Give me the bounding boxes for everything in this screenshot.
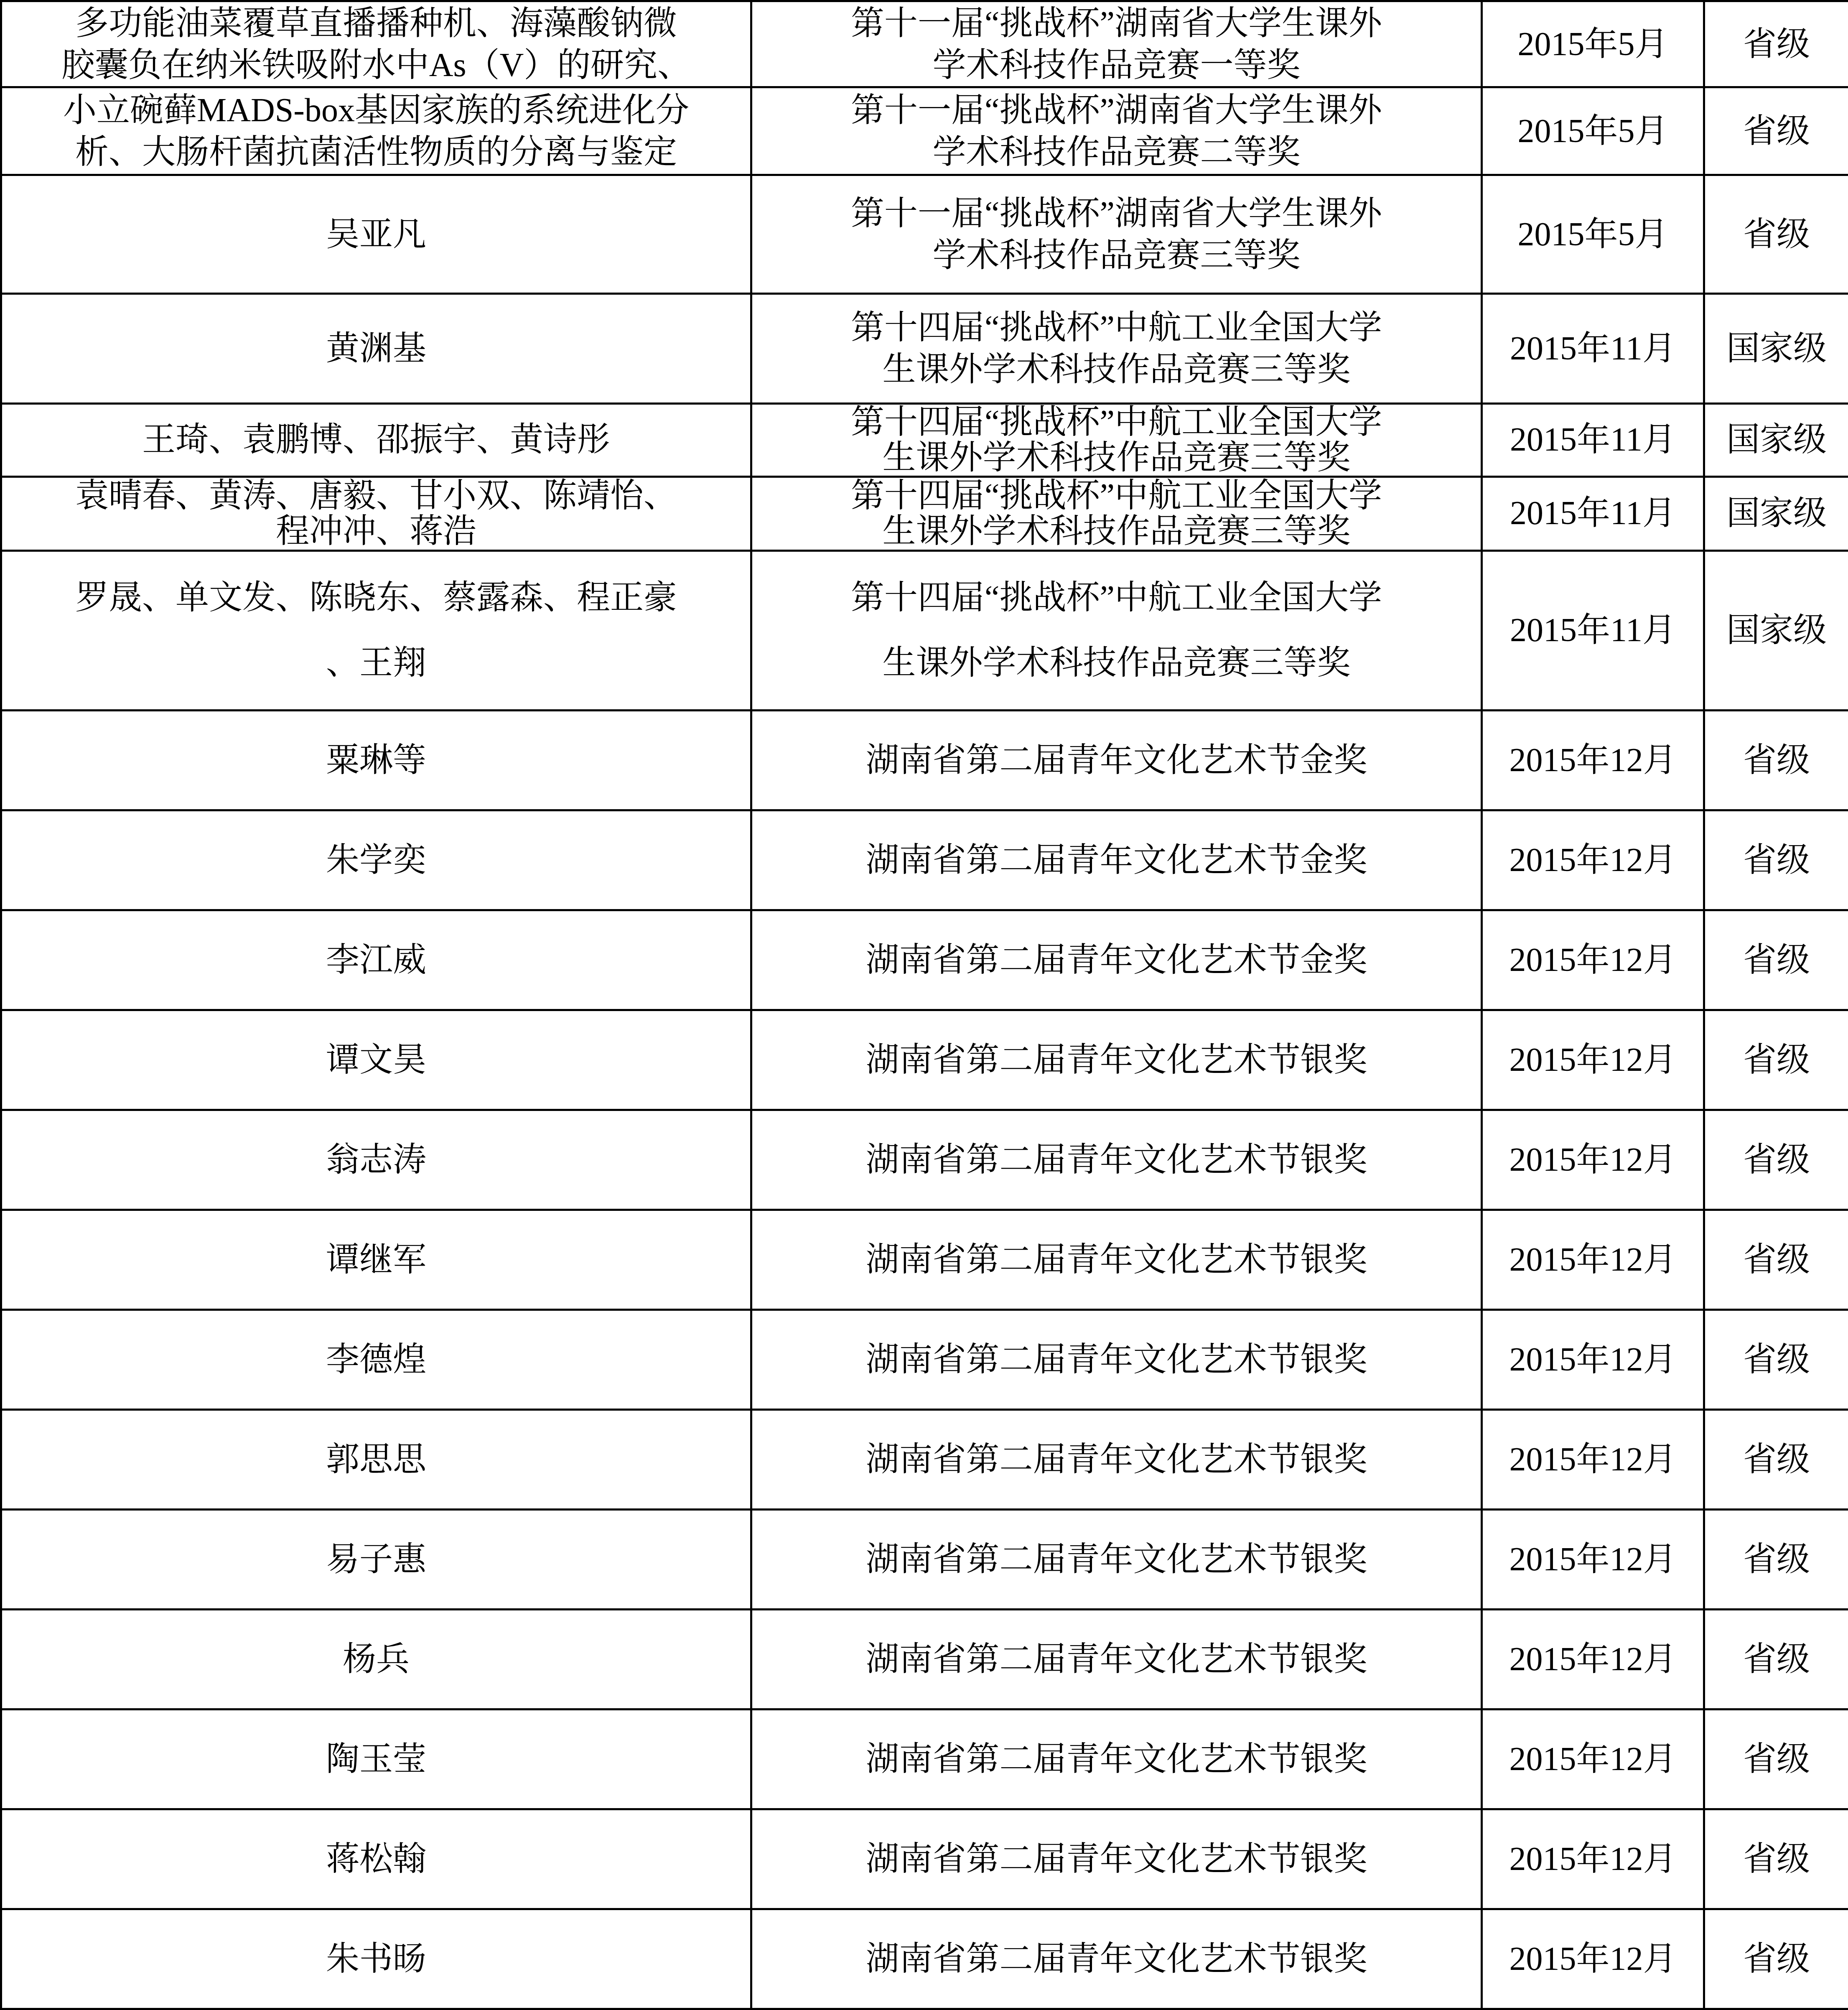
- level-cell: 省级: [1704, 1409, 1848, 1509]
- table-row: 谭文昊 湖南省第二届青年文化艺术节银奖 2015年12月 省级: [1, 1010, 1848, 1110]
- table-row: 易子惠 湖南省第二届青年文化艺术节银奖 2015年12月 省级: [1, 1509, 1848, 1609]
- award-cell: 第十一届“挑战杯”湖南省大学生课外 学术科技作品竞赛三等奖: [751, 175, 1482, 294]
- table-row: 谭继军 湖南省第二届青年文化艺术节银奖 2015年12月 省级: [1, 1210, 1848, 1309]
- table-row: 黄渊基 第十四届“挑战杯”中航工业全国大学 生课外学术科技作品竞赛三等奖 201…: [1, 294, 1848, 404]
- level-cell: 国家级: [1704, 476, 1848, 550]
- recipient-cell: 朱书旸: [1, 1909, 751, 2009]
- award-cell: 湖南省第二届青年文化艺术节银奖: [751, 1509, 1482, 1609]
- table-row: 吴亚凡 第十一届“挑战杯”湖南省大学生课外 学术科技作品竞赛三等奖 2015年5…: [1, 175, 1848, 294]
- table-row: 李江威 湖南省第二届青年文化艺术节金奖 2015年12月 省级: [1, 910, 1848, 1010]
- table-row: 朱学奕 湖南省第二届青年文化艺术节金奖 2015年12月 省级: [1, 810, 1848, 910]
- date-cell: 2015年12月: [1482, 1409, 1704, 1509]
- recipient-cell: 罗晟、单文发、陈晓东、蔡露森、程正豪 、王翔: [1, 550, 751, 710]
- date-cell: 2015年12月: [1482, 1010, 1704, 1110]
- recipient-cell: 李江威: [1, 910, 751, 1010]
- recipient-cell: 粟琳等: [1, 710, 751, 810]
- level-cell: 省级: [1704, 175, 1848, 294]
- level-cell: 省级: [1704, 1809, 1848, 1909]
- table-row: 罗晟、单文发、陈晓东、蔡露森、程正豪 、王翔 第十四届“挑战杯”中航工业全国大学…: [1, 550, 1848, 710]
- award-cell: 湖南省第二届青年文化艺术节金奖: [751, 710, 1482, 810]
- award-cell: 湖南省第二届青年文化艺术节银奖: [751, 1309, 1482, 1409]
- level-cell: 省级: [1704, 1110, 1848, 1210]
- award-cell: 湖南省第二届青年文化艺术节金奖: [751, 810, 1482, 910]
- date-cell: 2015年12月: [1482, 1709, 1704, 1809]
- level-cell: 省级: [1704, 1010, 1848, 1110]
- level-cell: 省级: [1704, 1309, 1848, 1409]
- table-row: 粟琳等 湖南省第二届青年文化艺术节金奖 2015年12月 省级: [1, 710, 1848, 810]
- recipient-cell: 李德煌: [1, 1309, 751, 1409]
- recipient-cell: 朱学奕: [1, 810, 751, 910]
- recipient-cell: 谭文昊: [1, 1010, 751, 1110]
- award-cell: 湖南省第二届青年文化艺术节银奖: [751, 1709, 1482, 1809]
- level-cell: 省级: [1704, 1509, 1848, 1609]
- table-row: 陶玉莹 湖南省第二届青年文化艺术节银奖 2015年12月 省级: [1, 1709, 1848, 1809]
- level-cell: 省级: [1704, 1, 1848, 87]
- table-row: 袁晴春、黄涛、唐毅、甘小双、陈靖怡、 程冲冲、蒋浩 第十四届“挑战杯”中航工业全…: [1, 476, 1848, 550]
- date-cell: 2015年12月: [1482, 910, 1704, 1010]
- table-body: 多功能油菜覆草直播播种机、海藻酸钠微 胶囊负在纳米铁吸附水中As（V）的研究、 …: [1, 1, 1848, 2009]
- table-row: 朱书旸 湖南省第二届青年文化艺术节银奖 2015年12月 省级: [1, 1909, 1848, 2009]
- date-cell: 2015年12月: [1482, 810, 1704, 910]
- award-cell: 湖南省第二届青年文化艺术节金奖: [751, 910, 1482, 1010]
- level-cell: 省级: [1704, 810, 1848, 910]
- date-cell: 2015年11月: [1482, 550, 1704, 710]
- award-cell: 湖南省第二届青年文化艺术节银奖: [751, 1409, 1482, 1509]
- recipient-cell: 郭思思: [1, 1409, 751, 1509]
- recipient-cell: 袁晴春、黄涛、唐毅、甘小双、陈靖怡、 程冲冲、蒋浩: [1, 476, 751, 550]
- award-cell: 湖南省第二届青年文化艺术节银奖: [751, 1609, 1482, 1709]
- level-cell: 省级: [1704, 1709, 1848, 1809]
- award-cell: 第十四届“挑战杯”中航工业全国大学 生课外学术科技作品竞赛三等奖: [751, 550, 1482, 710]
- date-cell: 2015年11月: [1482, 294, 1704, 404]
- date-cell: 2015年5月: [1482, 87, 1704, 175]
- date-cell: 2015年11月: [1482, 404, 1704, 477]
- date-cell: 2015年5月: [1482, 1, 1704, 87]
- recipient-cell: 王琦、袁鹏博、邵振宇、黄诗彤: [1, 404, 751, 477]
- award-cell: 湖南省第二届青年文化艺术节银奖: [751, 1809, 1482, 1909]
- recipient-cell: 翁志涛: [1, 1110, 751, 1210]
- date-cell: 2015年11月: [1482, 476, 1704, 550]
- table-row: 翁志涛 湖南省第二届青年文化艺术节银奖 2015年12月 省级: [1, 1110, 1848, 1210]
- level-cell: 省级: [1704, 1210, 1848, 1309]
- table-row: 李德煌 湖南省第二届青年文化艺术节银奖 2015年12月 省级: [1, 1309, 1848, 1409]
- award-cell: 第十四届“挑战杯”中航工业全国大学 生课外学术科技作品竞赛三等奖: [751, 294, 1482, 404]
- recipient-cell: 黄渊基: [1, 294, 751, 404]
- level-cell: 国家级: [1704, 404, 1848, 477]
- recipient-cell: 吴亚凡: [1, 175, 751, 294]
- date-cell: 2015年12月: [1482, 1909, 1704, 2009]
- recipient-cell: 陶玉莹: [1, 1709, 751, 1809]
- awards-table: 多功能油菜覆草直播播种机、海藻酸钠微 胶囊负在纳米铁吸附水中As（V）的研究、 …: [0, 0, 1848, 2010]
- award-cell: 湖南省第二届青年文化艺术节银奖: [751, 1110, 1482, 1210]
- date-cell: 2015年12月: [1482, 710, 1704, 810]
- level-cell: 国家级: [1704, 550, 1848, 710]
- award-cell: 湖南省第二届青年文化艺术节银奖: [751, 1909, 1482, 2009]
- level-cell: 省级: [1704, 1909, 1848, 2009]
- table-row: 杨兵 湖南省第二届青年文化艺术节银奖 2015年12月 省级: [1, 1609, 1848, 1709]
- award-cell: 第十四届“挑战杯”中航工业全国大学 生课外学术科技作品竞赛三等奖: [751, 476, 1482, 550]
- date-cell: 2015年12月: [1482, 1110, 1704, 1210]
- table-row: 王琦、袁鹏博、邵振宇、黄诗彤 第十四届“挑战杯”中航工业全国大学 生课外学术科技…: [1, 404, 1848, 477]
- level-cell: 省级: [1704, 87, 1848, 175]
- date-cell: 2015年12月: [1482, 1609, 1704, 1709]
- level-cell: 省级: [1704, 910, 1848, 1010]
- level-cell: 国家级: [1704, 294, 1848, 404]
- date-cell: 2015年12月: [1482, 1809, 1704, 1909]
- level-cell: 省级: [1704, 710, 1848, 810]
- table-row: 蒋松翰 湖南省第二届青年文化艺术节银奖 2015年12月 省级: [1, 1809, 1848, 1909]
- table-row: 小立碗藓MADS-box基因家族的系统进化分 析、大肠杆菌抗菌活性物质的分离与鉴…: [1, 87, 1848, 175]
- award-cell: 湖南省第二届青年文化艺术节银奖: [751, 1010, 1482, 1110]
- recipient-cell: 杨兵: [1, 1609, 751, 1709]
- date-cell: 2015年12月: [1482, 1210, 1704, 1309]
- recipient-cell: 小立碗藓MADS-box基因家族的系统进化分 析、大肠杆菌抗菌活性物质的分离与鉴…: [1, 87, 751, 175]
- recipient-cell: 多功能油菜覆草直播播种机、海藻酸钠微 胶囊负在纳米铁吸附水中As（V）的研究、: [1, 1, 751, 87]
- recipient-cell: 易子惠: [1, 1509, 751, 1609]
- date-cell: 2015年12月: [1482, 1309, 1704, 1409]
- recipient-cell: 谭继军: [1, 1210, 751, 1309]
- recipient-cell: 蒋松翰: [1, 1809, 751, 1909]
- award-cell: 第十一届“挑战杯”湖南省大学生课外 学术科技作品竞赛二等奖: [751, 87, 1482, 175]
- award-cell: 第十四届“挑战杯”中航工业全国大学 生课外学术科技作品竞赛三等奖: [751, 404, 1482, 477]
- date-cell: 2015年5月: [1482, 175, 1704, 294]
- award-cell: 第十一届“挑战杯”湖南省大学生课外 学术科技作品竞赛一等奖: [751, 1, 1482, 87]
- table-row: 郭思思 湖南省第二届青年文化艺术节银奖 2015年12月 省级: [1, 1409, 1848, 1509]
- award-cell: 湖南省第二届青年文化艺术节银奖: [751, 1210, 1482, 1309]
- table-row: 多功能油菜覆草直播播种机、海藻酸钠微 胶囊负在纳米铁吸附水中As（V）的研究、 …: [1, 1, 1848, 87]
- level-cell: 省级: [1704, 1609, 1848, 1709]
- date-cell: 2015年12月: [1482, 1509, 1704, 1609]
